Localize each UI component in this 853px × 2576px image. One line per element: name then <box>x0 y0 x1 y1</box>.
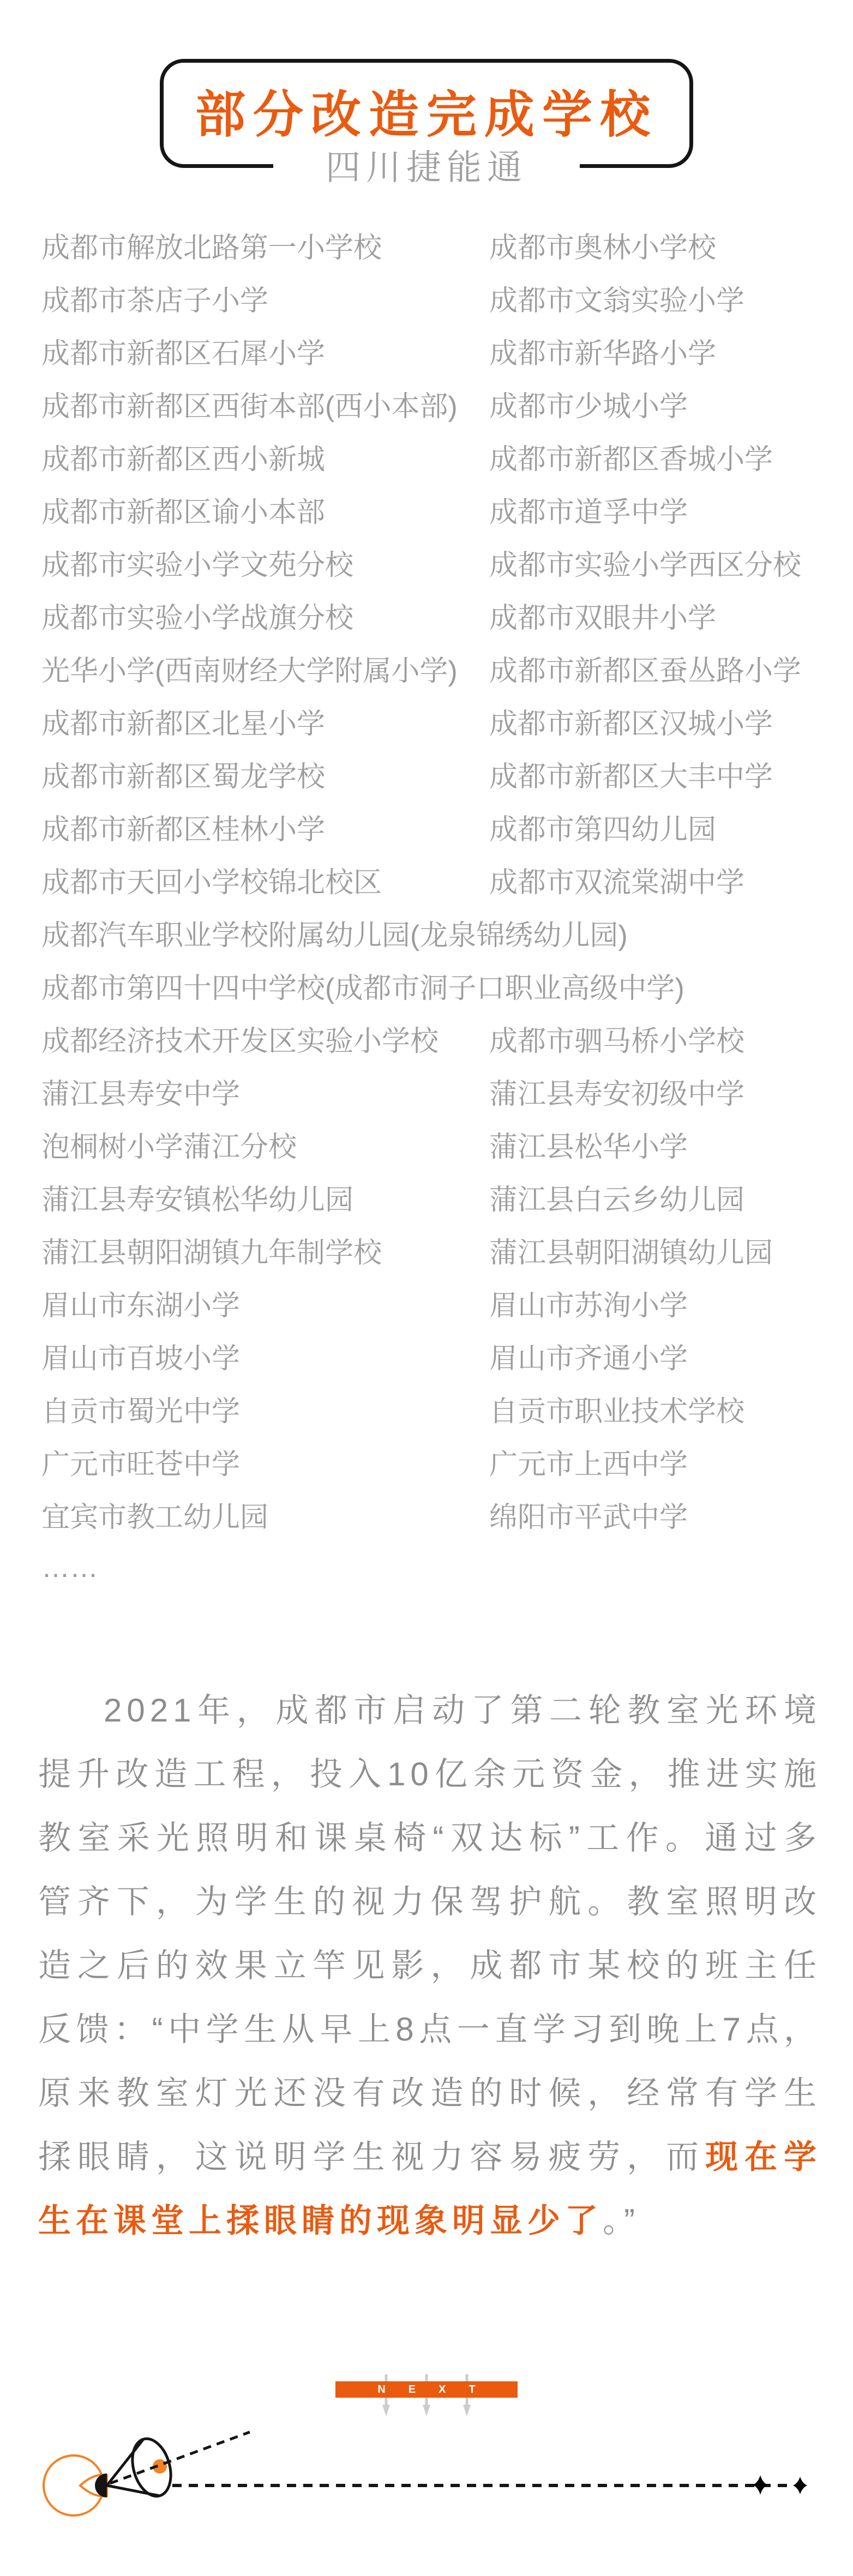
school-name: 眉山市齐通小学 <box>489 1335 831 1376</box>
school-name: 成都市实验小学文苑分校 <box>41 542 489 583</box>
school-name: 成都市奥林小学校 <box>489 225 831 266</box>
school-name: 宜宾市教工幼儿园 <box>41 1494 489 1535</box>
school-name: 眉山市百坡小学 <box>41 1335 489 1376</box>
page: { "header": { "title": "部分改造完成学校", "subt… <box>0 0 853 2576</box>
school-name: 自贡市职业技术学校 <box>489 1388 831 1429</box>
school-name: 成都市新都区石犀小学 <box>41 330 489 371</box>
school-name: 成都市新都区西小新城 <box>41 436 489 477</box>
school-row: 成都市新都区蜀龙学校成都市新都区大丰中学 <box>41 748 831 801</box>
school-name: 成都市新都区蚕丛路小学 <box>489 648 831 689</box>
school-name: 成都市文翁实验小学 <box>489 278 831 318</box>
school-row: 成都市天回小学校锦北校区成都市双流棠湖中学 <box>41 853 831 906</box>
school-row: 成都市茶店子小学成都市文翁实验小学 <box>41 272 831 324</box>
school-name: 成都市第四十四中学校(成都市洞子口职业高级中学) <box>41 965 831 1006</box>
eye-cone-illustration <box>44 2432 807 2515</box>
school-list: 成都市解放北路第一小学校成都市奥林小学校成都市茶店子小学成都市文翁实验小学成都市… <box>41 219 831 1594</box>
school-name: 蒲江县松华小学 <box>489 1124 831 1165</box>
school-name: 成都市新都区香城小学 <box>489 436 831 477</box>
school-row: 眉山市百坡小学眉山市齐通小学 <box>41 1329 831 1382</box>
school-name: 成都市双眼井小学 <box>489 595 831 636</box>
school-name: 成都市新都区大丰中学 <box>489 754 831 795</box>
school-name: 成都市解放北路第一小学校 <box>41 225 489 266</box>
school-name: 成都市新都区西街本部(西小本部) <box>41 383 489 424</box>
school-row: 宜宾市教工幼儿园绵阳市平武中学 <box>41 1488 831 1541</box>
page-subtitle: 四川捷能通 <box>273 147 580 188</box>
school-name: 成都市新都区蜀龙学校 <box>41 754 489 795</box>
school-name: 成都市少城小学 <box>489 383 831 424</box>
school-row: 光华小学(西南财经大学附属小学)成都市新都区蚕丛路小学 <box>41 642 831 695</box>
school-name: 成都市实验小学西区分校 <box>489 542 831 583</box>
four-point-star-icon <box>753 2475 768 2495</box>
school-name: 眉山市东湖小学 <box>41 1283 489 1323</box>
school-row: 成都市新都区北星小学成都市新都区汉城小学 <box>41 695 831 748</box>
school-row: 成都市实验小学战旗分校成都市双眼井小学 <box>41 589 831 642</box>
bottom-art: NEXT <box>0 2361 853 2576</box>
school-row: 成都市解放北路第一小学校成都市奥林小学校 <box>41 219 831 272</box>
dashed-sightline-up <box>110 2432 250 2483</box>
next-button[interactable]: NEXT <box>335 2381 518 2398</box>
school-name: 成都汽车职业学校附属幼儿园(龙泉锦绣幼儿园) <box>41 912 831 953</box>
school-name: 成都市天回小学校锦北校区 <box>41 859 489 900</box>
school-row: 自贡市蜀光中学自贡市职业技术学校 <box>41 1382 831 1435</box>
school-row: …… <box>41 1541 831 1594</box>
article-text-end: 。” <box>603 2202 640 2239</box>
school-row: 成都汽车职业学校附属幼儿园(龙泉锦绣幼儿园) <box>41 906 831 959</box>
school-name: 成都市新都区桂林小学 <box>41 806 489 847</box>
school-row: 成都市第四十四中学校(成都市洞子口职业高级中学) <box>41 959 831 1012</box>
school-row: 成都经济技术开发区实验小学校成都市驷马桥小学校 <box>41 1012 831 1065</box>
article-paragraph: 2021年，成都市启动了第二轮教室光环境提升改造工程，投入10亿余元资金，推进实… <box>38 1678 821 2253</box>
school-row: 成都市新都区石犀小学成都市新华路小学 <box>41 324 831 377</box>
school-name: 蒲江县寿安镇松华幼儿园 <box>41 1177 489 1218</box>
school-name: 成都市新都区汉城小学 <box>489 701 831 742</box>
school-row: 蒲江县朝阳湖镇九年制学校蒲江县朝阳湖镇幼儿园 <box>41 1224 831 1277</box>
four-point-star-icon <box>793 2477 807 2494</box>
school-row: 蒲江县寿安镇松华幼儿园蒲江县白云乡幼儿园 <box>41 1171 831 1224</box>
school-row: 成都市新都区桂林小学成都市第四幼儿园 <box>41 801 831 853</box>
school-row: 成都市新都区西小新城成都市新都区香城小学 <box>41 430 831 483</box>
school-row: 成都市实验小学文苑分校成都市实验小学西区分校 <box>41 536 831 589</box>
school-row: 眉山市东湖小学眉山市苏洵小学 <box>41 1277 831 1329</box>
school-name: 成都市新华路小学 <box>489 330 831 371</box>
school-name: 广元市上西中学 <box>489 1441 831 1482</box>
article-text: 2021年，成都市启动了第二轮教室光环境提升改造工程，投入10亿余元资金，推进实… <box>38 1692 821 2175</box>
school-name: 成都市实验小学战旗分校 <box>41 595 489 636</box>
school-name: 蒲江县朝阳湖镇九年制学校 <box>41 1230 489 1271</box>
school-row: 成都市新都区西街本部(西小本部)成都市少城小学 <box>41 377 831 430</box>
school-name: 泡桐树小学蒲江分校 <box>41 1124 489 1165</box>
school-name: 眉山市苏洵小学 <box>489 1283 831 1323</box>
school-row: 泡桐树小学蒲江分校蒲江县松华小学 <box>41 1118 831 1171</box>
school-name: 蒲江县寿安初级中学 <box>489 1071 831 1112</box>
school-row: 成都市新都区谕小本部成都市道孚中学 <box>41 483 831 536</box>
school-name: 成都市双流棠湖中学 <box>489 859 831 900</box>
school-name: 光华小学(西南财经大学附属小学) <box>41 648 489 689</box>
school-name: 广元市旺苍中学 <box>41 1441 489 1482</box>
school-name: 蒲江县朝阳湖镇幼儿园 <box>489 1230 831 1271</box>
school-name: 成都市驷马桥小学校 <box>489 1018 831 1059</box>
school-name: 成都市第四幼儿园 <box>489 806 831 847</box>
list-ellipsis: …… <box>41 1551 831 1584</box>
school-name: 自贡市蜀光中学 <box>41 1388 489 1429</box>
school-name: 成都市茶店子小学 <box>41 278 489 318</box>
next-label: NEXT <box>355 2384 498 2396</box>
school-name: 成都市新都区北星小学 <box>41 701 489 742</box>
school-name: 蒲江县寿安中学 <box>41 1071 489 1112</box>
school-row: 广元市旺苍中学广元市上西中学 <box>41 1435 831 1488</box>
school-name: 成都经济技术开发区实验小学校 <box>41 1018 489 1059</box>
school-name: 成都市道孚中学 <box>489 489 831 530</box>
school-name: 绵阳市平武中学 <box>489 1494 831 1535</box>
school-row: 蒲江县寿安中学蒲江县寿安初级中学 <box>41 1065 831 1118</box>
school-name: 蒲江县白云乡幼儿园 <box>489 1177 831 1218</box>
page-title: 部分改造完成学校 <box>195 75 658 147</box>
school-name: 成都市新都区谕小本部 <box>41 489 489 530</box>
